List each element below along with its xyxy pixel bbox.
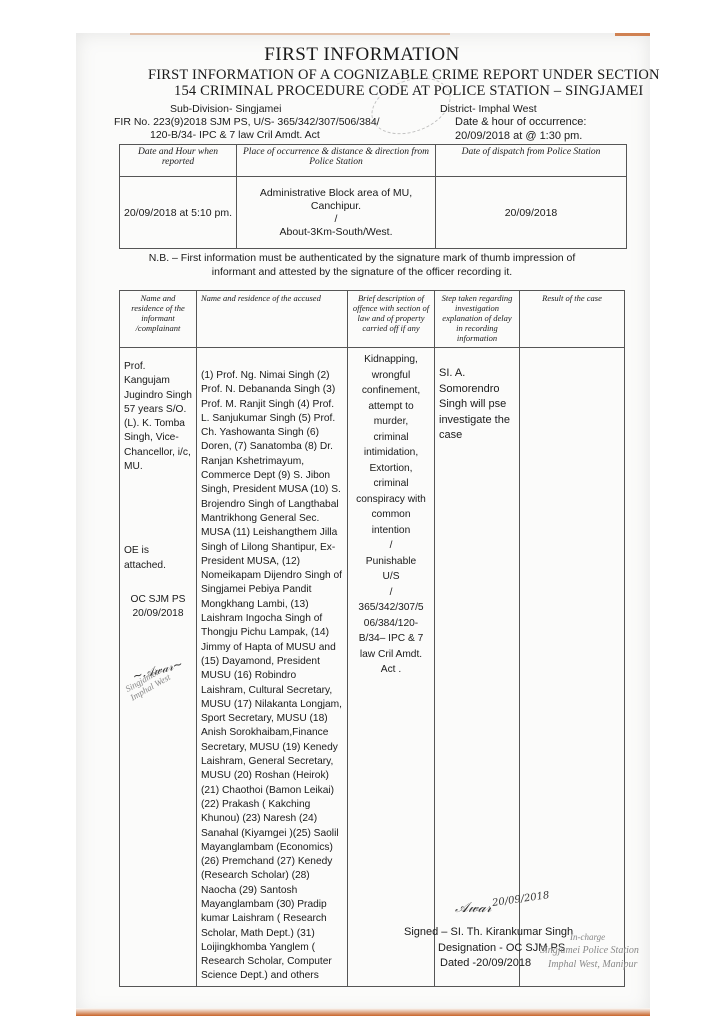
report-subtitle: 154 CRIMINAL PROCEDURE CODE AT POLICE ST… xyxy=(174,83,643,100)
informant-cell: Prof. Kangujam Jugindro Singh 57 years S… xyxy=(120,348,197,987)
col-header: Date of dispatch from Police Station xyxy=(436,145,627,177)
col-header: Step taken regarding investigation expla… xyxy=(435,291,520,348)
dispatch-date: 20/09/2018 xyxy=(436,177,627,249)
fir-sections: 120-B/34- IPC & 7 law Cril Amdt. Act xyxy=(150,129,320,141)
officer-signature: 𝒜𝓌𝒶𝓇 xyxy=(455,900,491,916)
offence-line: murder, xyxy=(352,414,430,430)
informant-note: OE is attached. xyxy=(124,544,192,573)
paper-edge xyxy=(615,33,650,36)
offence-line: / xyxy=(352,538,430,554)
offence-line: Kidnapping, xyxy=(352,352,430,368)
fir-details-table: Name and residence of the informant /com… xyxy=(119,290,625,987)
stamp-line: Imphal West, Manipur xyxy=(548,959,637,970)
report-subtitle: FIRST INFORMATION OF A COGNIZABLE CRIME … xyxy=(148,67,660,84)
note-line: informant and attested by the signature … xyxy=(0,265,724,279)
col-header: Date and Hour when reported xyxy=(120,145,237,177)
dated: Dated -20/09/2018 xyxy=(440,957,531,969)
offence-line: conspiracy with xyxy=(352,492,430,508)
offence-line: 06/384/120- xyxy=(352,616,430,632)
informant-details: Prof. Kangujam Jugindro Singh 57 years S… xyxy=(124,360,192,474)
offence-line: / xyxy=(352,585,430,601)
page-title: FIRST INFORMATION xyxy=(0,44,724,66)
signed-by: Signed – SI. Th. Kirankumar Singh xyxy=(404,926,573,938)
report-summary-table: Date and Hour when reported Place of occ… xyxy=(119,144,627,249)
offence-line: Punishable xyxy=(352,554,430,570)
officer-label: OC SJM PS xyxy=(124,593,192,607)
col-header: Place of occurrence & distance & directi… xyxy=(237,145,436,177)
offence-line: B/34– IPC & 7 xyxy=(352,631,430,647)
place-of-occurrence: Administrative Block area of MU, Canchip… xyxy=(237,177,436,249)
offence-line: attempt to xyxy=(352,399,430,415)
reported-datetime: 20/09/2018 at 5:10 pm. xyxy=(120,177,237,249)
col-header: Brief description of offence with sectio… xyxy=(348,291,435,348)
paper-edge xyxy=(130,33,450,35)
note-line: N.B. – First information must be authent… xyxy=(0,251,724,265)
stamp-line: In-charge xyxy=(570,932,605,942)
paper-edge xyxy=(76,1008,650,1016)
offence-line: intimidation, xyxy=(352,445,430,461)
occurrence-value: 20/09/2018 at @ 1:30 pm. xyxy=(455,130,582,142)
stamp-line: Singjamei Police Station xyxy=(540,945,639,956)
officer-date: 20/09/2018 xyxy=(124,607,192,621)
fir-number: FIR No. 223(9)2018 SJM PS, U/S- 365/342/… xyxy=(114,116,380,128)
place-line: / xyxy=(241,213,431,226)
offence-line: confinement, xyxy=(352,383,430,399)
col-header: Result of the case xyxy=(520,291,625,348)
offence-line: Extortion, xyxy=(352,461,430,477)
offence-line: common xyxy=(352,507,430,523)
place-line: Canchipur. xyxy=(241,200,431,213)
place-line: Administrative Block area of MU, xyxy=(241,187,431,200)
accused-list: (1) Prof. Ng. Nimai Singh (2) Prof. N. D… xyxy=(197,348,348,987)
offence-line: 365/342/307/5 xyxy=(352,600,430,616)
offence-line: criminal xyxy=(352,430,430,446)
investigation-steps: SI. A. Somorendro Singh will pse investi… xyxy=(435,348,520,987)
offence-line: criminal xyxy=(352,476,430,492)
offence-line: wrongful xyxy=(352,368,430,384)
col-header: Name and residence of the informant /com… xyxy=(120,291,197,348)
offence-description: Kidnapping,wrongfulconfinement,attempt t… xyxy=(348,348,435,987)
offence-line: U/S xyxy=(352,569,430,585)
occurrence-label: Date & hour of occurrence: xyxy=(455,116,586,128)
place-line: About-3Km-South/West. xyxy=(241,226,431,239)
col-header: Name and residence of the accused xyxy=(197,291,348,348)
sub-division: Sub-Division- Singjamei xyxy=(170,103,281,115)
district: District- Imphal West xyxy=(440,103,537,115)
case-result xyxy=(520,348,625,987)
offence-line: law Cril Amdt. xyxy=(352,647,430,663)
offence-line: Act . xyxy=(352,662,430,678)
offence-line: intention xyxy=(352,523,430,539)
